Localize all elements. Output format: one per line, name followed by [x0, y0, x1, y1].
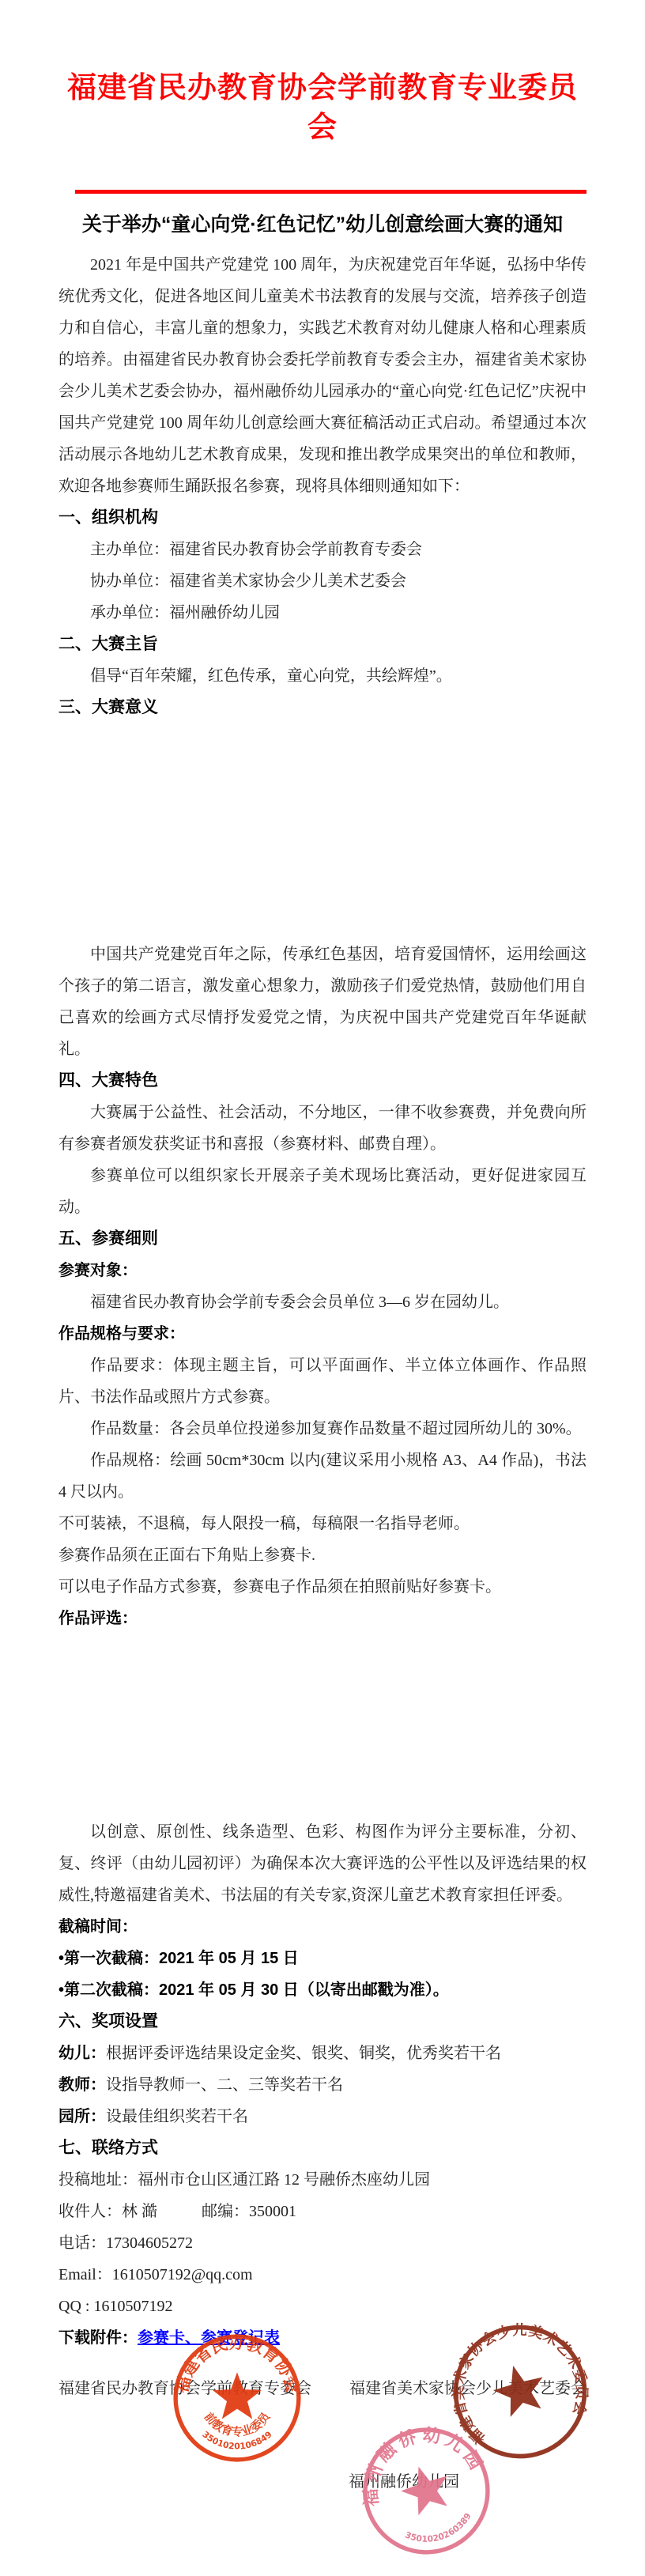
- star-icon: [488, 2359, 551, 2419]
- contact-recipient-line: 收件人：林 澔邮编：350001: [58, 2196, 587, 2227]
- rules-note: 参赛作品须在正面右下角贴上参赛卡.: [58, 1539, 587, 1571]
- star-icon: [395, 2459, 456, 2518]
- rules-spec-item: 作品数量：各会员单位投递参加复赛作品数量不超过园所幼儿的 30%。: [58, 1413, 587, 1445]
- stamp-seal-icon: 福建省民办教育协会 学前教育专业委员会 3501020106849: [169, 2330, 305, 2466]
- award-item-children: 幼儿：根据评委评选结果设定金奖、银奖、铜奖，优秀奖若干名: [58, 2038, 587, 2069]
- download-label: 下载附件：: [58, 2329, 138, 2347]
- rules-judge-label: 作品评选：: [58, 1603, 587, 1634]
- features-paragraph-2: 参赛单位可以组织家长开展亲子美术现场比赛活动，更好促进家园互动。: [58, 1160, 587, 1223]
- red-divider: [75, 190, 587, 194]
- section-heading-features: 四、大赛特色: [58, 1065, 587, 1097]
- contact-qq: QQ : 1610507192: [58, 2291, 587, 2322]
- contact-postcode: 邮编：350001: [202, 2203, 296, 2220]
- rules-judge-text: 以创意、原创性、线条造型、色彩、构图作为评分主要标准，分初、复、终评（由幼儿园初…: [58, 1816, 587, 1911]
- image-placeholder-1: [58, 723, 587, 939]
- document-page: 福建省民办教育协会学前教育专业委员会 关于举办“童心向党·红色记忆”幼儿创意绘画…: [0, 0, 645, 2576]
- rules-note: 不可装裱，不退稿，每人限投一稿，每稿限一名指导老师。: [58, 1508, 587, 1539]
- award-label: 园所：: [58, 2108, 106, 2125]
- award-label: 幼儿：: [58, 2045, 106, 2062]
- deadline-label: 截稿时间：: [58, 1911, 587, 1943]
- section-heading-meaning: 三、大赛意义: [58, 692, 587, 723]
- rules-spec-label: 作品规格与要求：: [58, 1318, 587, 1350]
- award-text: 设最佳组织奖若干名: [106, 2108, 248, 2125]
- section-heading-contact: 七、联络方式: [58, 2132, 587, 2164]
- award-text: 设指导教师一、二、三等奖若干名: [106, 2076, 343, 2094]
- award-item-teachers: 教师：设指导教师一、二、三等奖若干名: [58, 2069, 587, 2101]
- section-heading-theme: 二、大赛主旨: [58, 629, 587, 660]
- svg-text:3501020260389: 3501020260389: [401, 2509, 477, 2552]
- award-text: 根据评委评选结果设定金奖、银奖、铜奖，优秀奖若干名: [106, 2045, 501, 2062]
- section-heading-org: 一、组织机构: [58, 502, 587, 534]
- contact-phone: 电话：17304605272: [58, 2227, 587, 2259]
- rules-spec-item: 作品要求：体现主题主旨，可以平面画作、半立体立体画作、作品照片、书法作品或照片方…: [58, 1350, 587, 1413]
- image-placeholder-2: [58, 1634, 587, 1816]
- contact-email: Email：1610507192@qq.com: [58, 2259, 587, 2291]
- award-item-schools: 园所：设最佳组织奖若干名: [58, 2101, 587, 2132]
- org-undertaker-line: 承办单位：福州融侨幼儿园: [58, 597, 587, 629]
- section-heading-awards: 六、奖项设置: [58, 2006, 587, 2038]
- meaning-body: 中国共产党建党百年之际，传承红色基因，培育爱国情怀，运用绘画这个孩子的第二语言，…: [58, 939, 587, 1065]
- star-icon: [213, 2372, 262, 2419]
- rules-spec-item: 作品规格：绘画 50cm*30cm 以内(建议采用小规格 A3、A4 作品)，书…: [58, 1445, 587, 1508]
- features-paragraph-1: 大赛属于公益性、社会活动，不分地区，一律不收参赛费，并免费向所有参赛者颁发获奖证…: [58, 1097, 587, 1160]
- org-title: 福建省民办教育协会学前教育专业委员会: [58, 67, 587, 146]
- section-heading-rules: 五、参赛细则: [58, 1223, 587, 1255]
- deadline-item-2: •第二次截稿：2021 年 05 月 30 日（以寄出邮戳为准）。: [58, 1974, 587, 2006]
- signature-area: 福建省民办教育协会学前教育专委会 福建省美术家协会少儿美术艺委会 福州融侨幼儿园…: [58, 2354, 587, 2576]
- rules-target-text: 福建省民办教育协会学前专委会会员单位 3—6 岁在园幼儿。: [58, 1286, 587, 1318]
- contact-recipient: 收件人：林 澔: [58, 2203, 157, 2220]
- stamp-preschool-committee: 福建省民办教育协会 学前教育专业委员会 3501020106849: [169, 2330, 305, 2466]
- rules-note: 可以电子作品方式参赛，参赛电子作品须在拍照前贴好参赛卡。: [58, 1571, 587, 1603]
- intro-paragraph: 2021 年是中国共产党建党 100 周年，为庆祝建党百年华诞，弘扬中华传统优秀…: [58, 249, 587, 502]
- rules-target-label: 参赛对象：: [58, 1255, 587, 1286]
- doc-title: 关于举办“童心向党·红色记忆”幼儿创意绘画大赛的通知: [58, 211, 587, 238]
- org-host-line: 主办单位：福建省民办教育协会学前教育专委会: [58, 534, 587, 565]
- deadline-item-1: •第一次截稿：2021 年 05 月 15 日: [58, 1943, 587, 1974]
- award-label: 教师：: [58, 2076, 106, 2094]
- theme-body: 倡导“百年荣耀，红色传承，童心向党，共绘辉煌”。: [58, 660, 587, 692]
- contact-address: 投稿地址：福州市仓山区通江路 12 号融侨杰座幼儿园: [58, 2164, 587, 2196]
- org-cohost-line: 协办单位：福建省美术家协会少儿美术艺委会: [58, 565, 587, 597]
